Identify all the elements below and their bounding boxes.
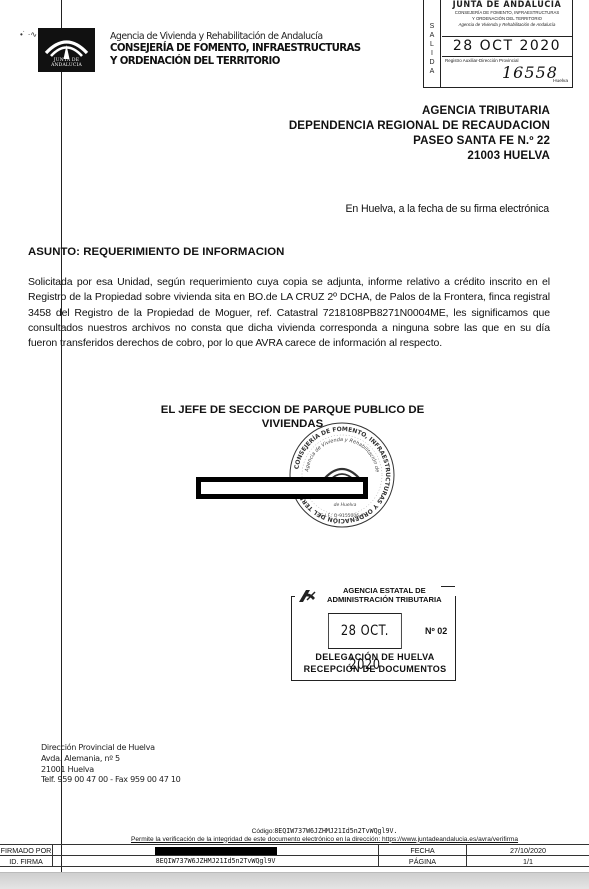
provincial-office-address: Dirección Provincial de Huelva Avda. Ale… xyxy=(41,742,181,785)
table-row: ID. FIRMA 8EQIW737W6JZHMJ21Id5n2TvWQgl9V… xyxy=(0,856,589,867)
signer-line-1: EL JEFE DE SECCION DE PARQUE PUBLICO DE xyxy=(160,403,425,417)
consejeria-name: CONSEJERÍA DE FOMENTO, INFRAESTRUCTURAS … xyxy=(110,42,361,68)
place-date: En Huelva, a la fecha de su firma electr… xyxy=(346,203,549,215)
svg-text:C.I.F.: Q-9155006-A: C.I.F.: Q-9155006-A xyxy=(320,513,364,519)
side-letter: S xyxy=(424,22,440,31)
verify-url-link[interactable]: https://www.juntadeandalucia.es/avra/ver… xyxy=(382,836,518,843)
stamp-side-label: S A L I D A xyxy=(424,0,441,87)
stamp-header: JUNTA DE ANDALUCIA CONSEJERÍA DE FOMENTO… xyxy=(442,0,572,37)
stamp-entry-number: 16558 xyxy=(502,63,558,82)
recipient-address: AGENCIA TRIBUTARIA DEPENDENCIA REGIONAL … xyxy=(289,103,550,163)
body-paragraph: Solicitada por esa Unidad, según requeri… xyxy=(28,275,550,351)
verification-code: Código:8EQIW737W6JZHMJ21Id5n2TvWQgl9V. xyxy=(60,828,589,836)
stamp-agency: Agencia de Vivienda y Rehabilitación de … xyxy=(442,22,572,28)
side-letter: A xyxy=(424,31,440,40)
side-letter: I xyxy=(424,49,440,58)
address-line: Avda. Alemania, nº 5 xyxy=(41,753,181,764)
verification-text: Permite la verificación de la integridad… xyxy=(60,836,589,844)
table-row: FIRMADO POR FECHA 27/10/2020 xyxy=(0,845,589,856)
verification-code-block: Código:8EQIW737W6JZHMJ21Id5n2TvWQgl9V. P… xyxy=(60,828,589,843)
date-value: 27/10/2020 xyxy=(467,845,589,856)
aeat-title-line-2: ADMINISTRACIÓN TRIBUTARIA xyxy=(327,595,442,604)
aeat-stamp-footer: DELEGACIÓN DE HUELVA RECEPCIÓN DE DOCUME… xyxy=(297,652,453,675)
signed-by-label: FIRMADO POR xyxy=(0,845,53,856)
address-line: Dirección Provincial de Huelva xyxy=(41,742,181,753)
aeat-stamp-title: AGENCIA ESTATAL DE ADMINISTRACIÓN TRIBUT… xyxy=(327,586,442,605)
frame-line xyxy=(291,596,295,597)
official-round-seal-icon: CONSEJERÍA DE FOMENTO, INFRAESTRUCTURAS … xyxy=(287,420,397,530)
signature-id-label: ID. FIRMA xyxy=(0,856,53,867)
signature-table: FIRMADO POR FECHA 27/10/2020 ID. FIRMA 8… xyxy=(0,844,589,867)
consejeria-line-1: CONSEJERÍA DE FOMENTO, INFRAESTRUCTURAS xyxy=(110,42,361,55)
aeat-footer-line-2: RECEPCIÓN DE DOCUMENTOS xyxy=(297,664,453,676)
aeat-stamp-date: 28 OCT. 2020 xyxy=(328,613,402,649)
redacted-signer-name xyxy=(196,477,368,499)
signature-id-value: 8EQIW737W6JZHMJ21Id5n2TvWQgl9V xyxy=(53,856,379,867)
recipient-line: DEPENDENCIA REGIONAL DE RECAUDACION xyxy=(289,118,550,133)
consejeria-line-2: Y ORDENACIÓN DEL TERRITORIO xyxy=(110,55,361,68)
viewer-bottom-strip xyxy=(0,872,589,889)
recipient-line: PASEO SANTA FE N.º 22 xyxy=(289,133,550,148)
recipient-line: 21003 HUELVA xyxy=(289,148,550,163)
stamp-place: Huelva xyxy=(553,79,568,84)
side-letter: D xyxy=(424,58,440,67)
signed-by-value xyxy=(53,845,379,856)
redacted-signer-bar xyxy=(155,847,277,855)
code-value: 8EQIW737W6JZHMJ21Id5n2TvWQgl9V. xyxy=(274,827,397,835)
stamp-title: JUNTA DE ANDALUCIA xyxy=(442,0,572,10)
aeat-title-line-1: AGENCIA ESTATAL DE xyxy=(327,586,442,595)
svg-text:de Huelva: de Huelva xyxy=(334,502,357,508)
frame-line xyxy=(441,586,455,587)
agency-name: Agencia de Vivienda y Rehabilitación de … xyxy=(110,31,323,42)
stamp-date: 28 OCT 2020 xyxy=(442,37,572,57)
code-label: Código: xyxy=(252,828,275,835)
scan-specks: •˙ ·∿ xyxy=(20,30,37,39)
recipient-line: AGENCIA TRIBUTARIA xyxy=(289,103,550,118)
side-letter: A xyxy=(424,67,440,76)
page-value: 1/1 xyxy=(467,856,589,867)
aeat-logo-icon xyxy=(298,588,316,604)
aeat-reception-stamp: AGENCIA ESTATAL DE ADMINISTRACIÓN TRIBUT… xyxy=(291,586,455,681)
junta-de-andalucia-logo-icon: JUNTA DE ANDALUCIA xyxy=(38,28,95,72)
side-letter: L xyxy=(424,40,440,49)
verify-text: Permite la verificación de la integridad… xyxy=(131,836,380,843)
date-label: FECHA xyxy=(379,845,467,856)
address-line: 21001 Huelva xyxy=(41,764,181,775)
subject-heading: ASUNTO: REQUERIMIENTO DE INFORMACION xyxy=(28,246,284,258)
address-line: Telf. 959 00 47 00 - Fax 959 00 47 10 xyxy=(41,774,181,785)
page-label: PÁGINA xyxy=(379,856,467,867)
logo-caption: JUNTA DE ANDALUCIA xyxy=(38,58,95,68)
aeat-stamp-number: Nº 02 xyxy=(425,626,447,636)
registry-exit-stamp: S A L I D A JUNTA DE ANDALUCIA CONSEJERÍ… xyxy=(423,0,573,88)
aeat-footer-line-1: DELEGACIÓN DE HUELVA xyxy=(297,652,453,664)
